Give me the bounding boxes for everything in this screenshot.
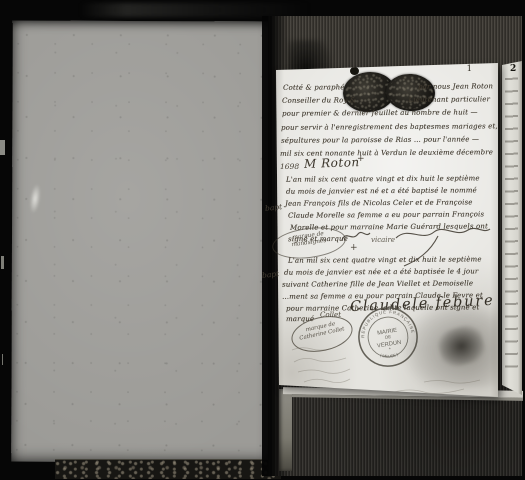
margin-note-bapt: bapt <box>262 269 280 280</box>
archival-register-scan: 2 1 Cotté & paraphé par nous Jean Roton … <box>0 0 525 480</box>
manuscript-page-wrap: 1 Cotté & paraphé par nous Jean Roton Co… <box>0 0 525 480</box>
margin-note-bapt: bapt <box>265 202 283 213</box>
